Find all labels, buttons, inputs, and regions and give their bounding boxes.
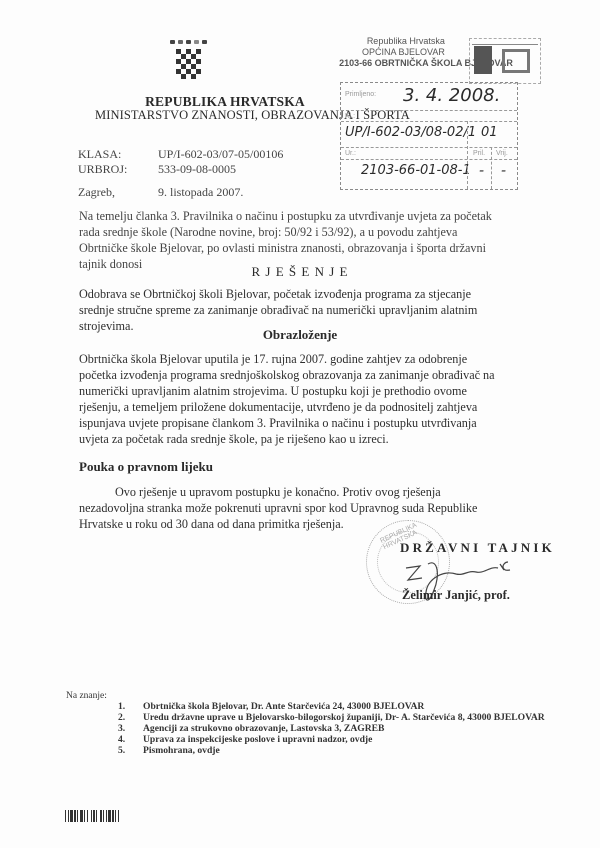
value-value: - [501, 163, 506, 179]
list-item: 3.Agenciji za strukovno obrazovanje, Las… [118, 723, 545, 734]
value-label: Vrij. [496, 150, 508, 157]
urbroj-value: 533-09-08-0005 [158, 162, 236, 177]
croatian-coat-of-arms-icon [168, 38, 210, 86]
list-item: 4.Uprava za inspekcijeske poslove i upra… [118, 734, 545, 745]
klasa-value: UP/I-602-03/07-05/00106 [158, 147, 283, 162]
list-item: 2.Uredu državne uprave u Bjelovarsko-bil… [118, 712, 545, 723]
reasoning-title: Obrazloženje [80, 327, 520, 343]
signatory-title: DRŽAVNI TAJNIK [400, 540, 555, 556]
iso-certification-icon [469, 38, 541, 84]
distribution-list: 1.Obrtnička škola Bjelovar, Dr. Ante Sta… [118, 701, 545, 756]
class-value: UP/I-602-03/08-02/1 [345, 125, 476, 140]
checkerboard-shield-icon [176, 49, 201, 80]
urbroj-value: 2103-66-01-08-1 [361, 163, 471, 178]
date: 9. listopada 2007. [158, 185, 243, 200]
place: Zagreb, [78, 185, 115, 200]
received-label: Primljeno: [345, 91, 376, 98]
legal-remedy-title: Pouka o pravnom lijeku [79, 459, 213, 475]
urbroj-label: URBROJ: [78, 162, 127, 177]
decision-title: R J E Š E N J E [80, 264, 520, 280]
stamp-issuer-line: OPĆINA BJELOVAR [362, 47, 445, 58]
list-item: 5.Pismohrana, ovdje [118, 745, 545, 756]
stamp-issuer-line: Republika Hrvatska [362, 36, 445, 47]
preamble: Na temelju članka 3. Pravilnika o načinu… [79, 208, 499, 272]
list-item: 1.Obrtnička škola Bjelovar, Dr. Ante Sta… [118, 701, 545, 712]
class-label: Kl.: [345, 113, 355, 120]
receipt-stamp: Primljeno: 3. 4. 2008. Kl.: UP/I-602-03/… [340, 82, 518, 190]
signatory-name: Želimir Janjić, prof. [402, 588, 510, 603]
attachment-label: Pril. [473, 150, 485, 157]
class-code: 01 [481, 125, 498, 140]
barcode-icon [65, 810, 161, 822]
attachment-value: - [479, 163, 484, 179]
crown-icon [170, 38, 208, 46]
klasa-label: KLASA: [78, 147, 121, 162]
reasoning-text: Obrtnička škola Bjelovar uputila je 17. … [79, 351, 499, 447]
urbroj-label: Ur.: [345, 150, 356, 157]
received-date: 3. 4. 2008. [403, 85, 500, 106]
distribution-label: Na znanje: [66, 691, 107, 701]
